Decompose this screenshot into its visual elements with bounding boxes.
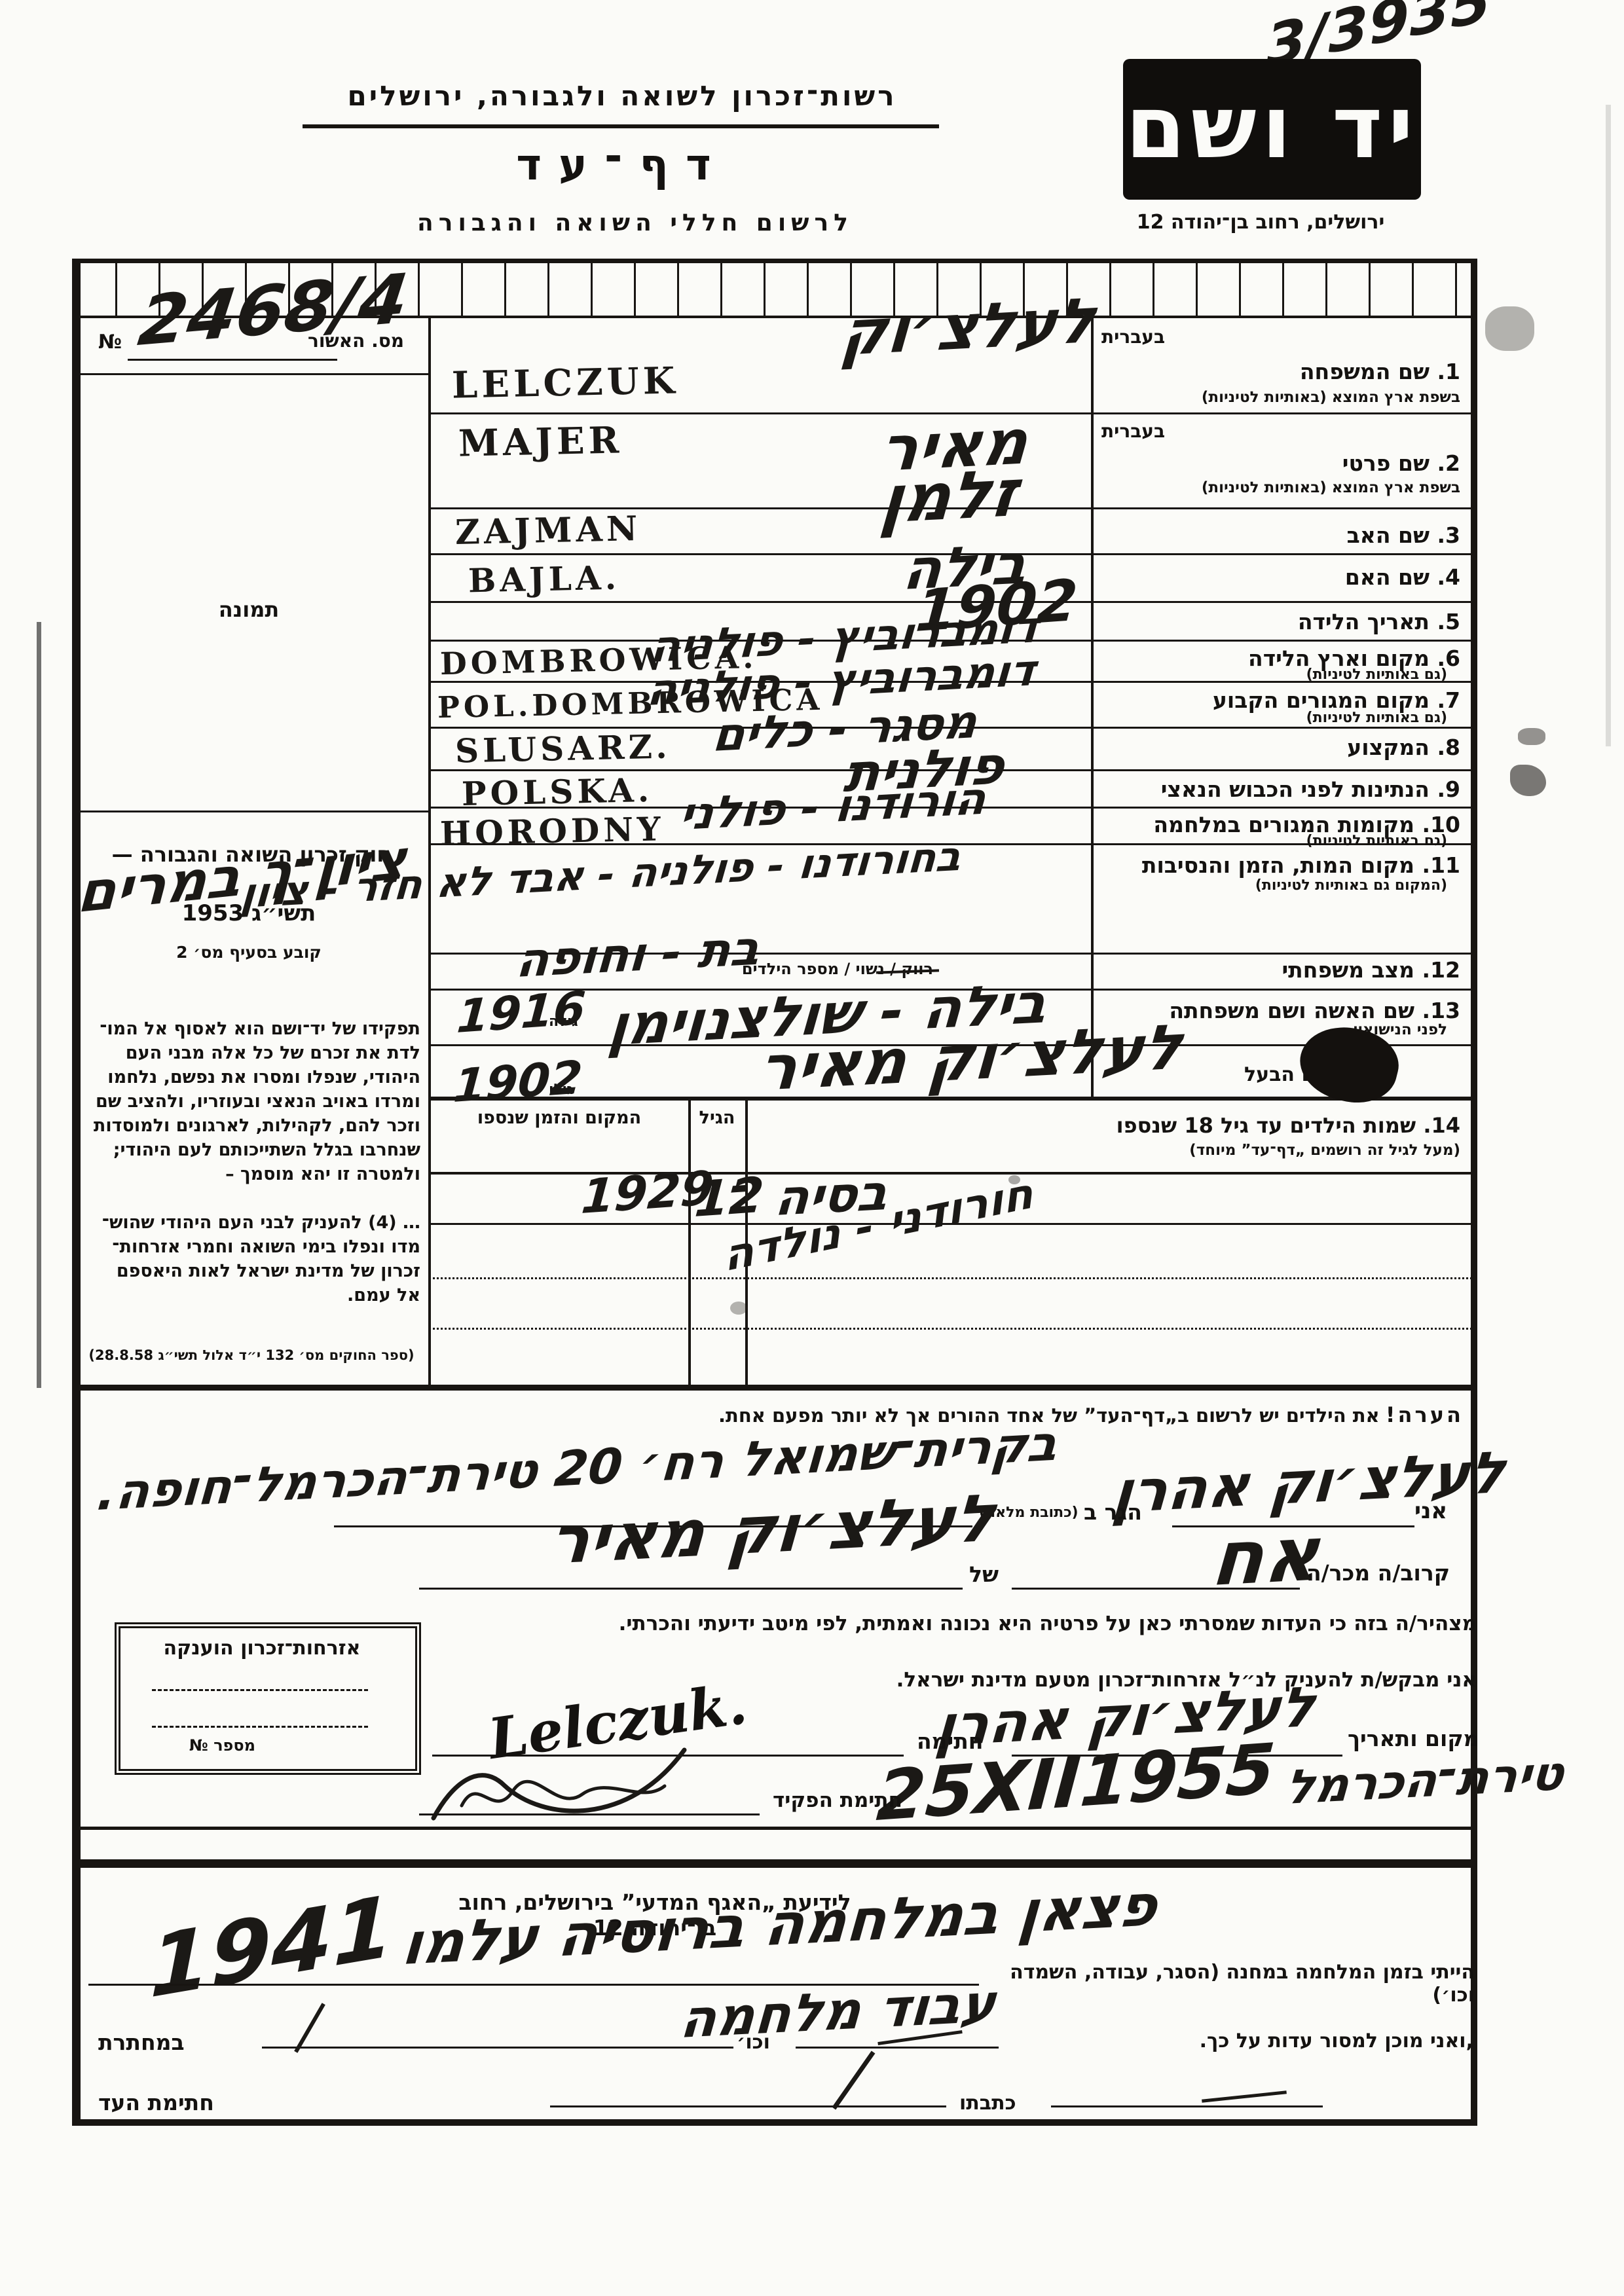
logo-text: יד ושם <box>1123 59 1421 196</box>
table-row-rule-dotted <box>428 1328 1477 1330</box>
law-line: מדו ונפלו בימי השואה וחמרי אזרחות־ <box>85 1235 420 1259</box>
field-9-label: 9. הנתינות לפני הכבוש הנאצי <box>1094 776 1460 802</box>
witness-signature-blank <box>550 2105 946 2107</box>
yad-vashem-logo: יד ושם <box>1123 59 1421 200</box>
war-camp-line: הייתי בזמן המלחמה במחנה (הסגר, עבודה, הש… <box>982 1961 1475 2007</box>
field-4-label: 4. שם האם <box>1094 564 1460 590</box>
field-num: 11. <box>1422 852 1460 878</box>
law-line: לדת את זכרם של כל אלה מבני העם <box>85 1041 420 1065</box>
law-line: וזכר להם, לקהילות, לארגונים ולמוסדות <box>85 1114 420 1138</box>
authority-underline <box>303 124 939 128</box>
declaration-residing-label: הגר ב <box>1084 1499 1142 1525</box>
law-footnote: (ספר החוקים מס׳ 132 י״ד אלול תשי״ג 28.8.… <box>77 1347 426 1363</box>
underground-blank <box>262 2047 733 2049</box>
field-2-label: 2. שם פרטי <box>1094 450 1460 476</box>
entry-profession-latin: SLUSARZ. <box>454 727 671 771</box>
witness-address-label: כתבתו <box>959 2092 1016 2115</box>
photo-label: תמונה <box>164 597 334 622</box>
field-text: שמות הילדים עד גיל 18 שנספו <box>1116 1113 1416 1138</box>
field-num: 12. <box>1422 957 1460 983</box>
table-col-divider <box>688 1097 691 1385</box>
field-2-pre: בעברית <box>1101 420 1165 442</box>
table-row-rule-dotted <box>428 1277 1477 1279</box>
field-6-sub: (גם באותיות לטיניות) <box>1094 666 1447 683</box>
field-2-sub: בשפת ארץ המוצא (באותיות לטיניות) <box>1094 479 1460 496</box>
field-num: 1. <box>1437 359 1460 384</box>
field-text: מצב משפחתי <box>1282 957 1414 983</box>
form-title: דף־עד <box>452 139 792 190</box>
underground-label: במחתרת <box>98 2030 185 2055</box>
scan-speck <box>1518 728 1545 745</box>
law-line: שנחרבו בגלל השתייכותם לעם היהודי; <box>85 1138 420 1162</box>
law-line: היהודי, שנפלו ומסרו את נפשם, נלחמו <box>85 1065 420 1089</box>
entry-war-residence-latin: HORODNY <box>439 809 665 852</box>
scan-speck <box>1008 1175 1020 1184</box>
declaration-statement: מצהיר/ה בזה כי העדות שמסרתי כאן על פרטיה… <box>478 1612 1477 1635</box>
approval-band-rule <box>72 373 430 375</box>
citizenship-number-label: מספר № <box>138 1736 255 1755</box>
entry-father-hebrew: זלמן <box>877 454 1021 538</box>
field-11-sub: (המקום גם באותיות לטיניות) <box>1094 877 1447 894</box>
relation-label: קרוב/ה מכר/ה <box>1306 1560 1450 1586</box>
of-blank <box>419 1588 963 1590</box>
her-age-hw: 1916 <box>455 981 587 1044</box>
law-line: תפקידו של יד־ושם הוא לאסוף אל המו־ <box>85 1017 420 1041</box>
field-text: שם האב <box>1347 522 1430 548</box>
field-num: 4. <box>1437 564 1460 590</box>
war-year-hw: 1941 <box>149 1877 394 2018</box>
form-subtitle: לרשום חללי השואה והגבורה <box>367 210 904 236</box>
children-col-age: הגיל <box>690 1108 745 1128</box>
left-column-divider <box>428 318 431 1386</box>
authority-title: רשות־זכרון לשואה ולגבורה, ירושלים <box>301 80 943 112</box>
citizenship-box-line <box>152 1726 368 1728</box>
etc-blank <box>796 2047 999 2049</box>
field-10-sub: (גם באותיות לטיניות) <box>1094 833 1447 849</box>
scan-speck <box>730 1302 747 1315</box>
scan-edge-streak <box>1606 105 1611 746</box>
field-text: המקצוע <box>1347 735 1430 760</box>
children-col-place: המקום והזמן שנספו <box>432 1108 686 1128</box>
field-text: תאריך הלידה <box>1298 609 1430 634</box>
entry-war-residence-hebrew: הורודנו - פולני <box>678 773 988 841</box>
scan-speck <box>1510 765 1546 796</box>
field-text: שם האם <box>1345 564 1430 590</box>
field-1-pre: בעברית <box>1101 326 1165 348</box>
law-line: ולמטרה זו יהא מוסמך – <box>85 1162 420 1186</box>
field-text: הנתינות לפני הכבוש הנאצי <box>1161 776 1430 802</box>
scan-edge-streak <box>37 622 41 1388</box>
witness-address-blank <box>1051 2105 1323 2107</box>
entry-citizenship-latin: POLSKA. <box>461 771 653 813</box>
field-num: 9. <box>1437 776 1460 802</box>
relation-blank <box>1012 1588 1300 1590</box>
his-age-hw: 1902 <box>452 1051 584 1113</box>
field-1-sub: בשפת ארץ המוצא (באותיות לטיניות) <box>1094 389 1460 406</box>
approval-label: מס. האשור <box>308 330 404 352</box>
law-line: אל עמם. <box>85 1283 420 1307</box>
field-text: מקום המות, הזמן והנסיבות <box>1142 852 1414 878</box>
field-num: 3. <box>1437 522 1460 548</box>
law-line <box>85 1186 420 1211</box>
frame-left-border <box>72 259 81 1864</box>
photo-box-bottom-rule <box>72 811 430 812</box>
entry-firstname-latin: MAJER <box>458 418 623 465</box>
section-rule-heavy <box>72 1859 1477 1868</box>
bottom-bottom-border <box>72 2119 1477 2126</box>
field-14-label: 14. שמות הילדים עד גיל 18 שנספו <box>1094 1113 1460 1138</box>
law-body: תפקידו של יד־ושם הוא לאסוף אל המו־ לדת א… <box>85 1017 420 1307</box>
field-text: שם האשה ושם משפחתה <box>1169 998 1414 1023</box>
handwritten-slash <box>832 2050 876 2109</box>
entry-mother-latin: BAJLA. <box>468 558 620 600</box>
scanned-testimony-page: 3/3935 רשות־זכרון לשואה ולגבורה, ירושלים… <box>0 0 1624 2296</box>
field-text: שם פרטי <box>1342 450 1430 476</box>
scan-speck <box>1485 306 1534 351</box>
field-num: 13. <box>1422 998 1460 1023</box>
bottom-left-border <box>72 1861 81 2126</box>
no-symbol: № <box>189 1736 208 1755</box>
row-rule-heavy <box>428 1097 1477 1101</box>
place-date-label: מקום ותאריך <box>1348 1726 1479 1751</box>
field-5-label: 5. תאריך הלידה <box>1094 609 1460 634</box>
field-7-sub: (גם באותיות לטיניות) <box>1094 710 1447 726</box>
field-1-label: 1. שם המשפחה <box>1094 359 1460 384</box>
note-title: הערה! <box>1386 1402 1464 1427</box>
law-line: … (4) להעניק לבני העם היהודי שהוש־ <box>85 1211 420 1235</box>
field-3-label: 3. שם האב <box>1094 522 1460 548</box>
header-address: ירושלים, רחוב בן־יהודה 12 <box>1074 211 1447 234</box>
section-rule-thin <box>72 1827 1477 1830</box>
field-14-sub: (מעל לגיל זה רושמים „דף־עד” מיוחד) <box>1094 1142 1460 1159</box>
entry-surname-hebrew: לעלצ׳וק <box>838 285 1098 370</box>
frame-top-rule <box>72 259 1477 263</box>
table-bottom-rule <box>72 1385 1477 1391</box>
child-age: 12 <box>693 1166 766 1228</box>
etc-label: וכו׳ <box>737 2031 770 2054</box>
field-num: 14. <box>1423 1113 1460 1138</box>
handwritten-slash <box>294 2003 325 2053</box>
witness-signature-label: חתימת העד <box>98 2090 214 2115</box>
clerk-signature-label: חתימת הפקיד <box>773 1789 902 1812</box>
of-label: של <box>969 1561 999 1587</box>
ready-to-testify: ,ואני מוכן למסור עדות על כך. <box>1198 2030 1473 2052</box>
field-num: 2. <box>1437 450 1460 476</box>
field-8-label: 8. המקצוע <box>1094 735 1460 760</box>
handwritten-dash <box>1202 2090 1287 2103</box>
field-11-label: 11. מקום המות, הזמן והנסיבות <box>1094 852 1460 878</box>
field-num: 8. <box>1437 735 1460 760</box>
law-line: ומרדו באויב הנאצי ובעוזריו, ולהציב שם <box>85 1089 420 1114</box>
law-line: זכרון של מדינת ישראל לאות היאספם <box>85 1259 420 1283</box>
citizenship-box-line <box>152 1689 368 1691</box>
field-12-label: 12. מצב משפחתי <box>1094 957 1460 983</box>
approval-no-symbol: № <box>98 331 122 354</box>
number-label-text: מספר <box>213 1736 255 1755</box>
entry-father-latin: ZAJMAN <box>454 509 642 553</box>
field-num: 5. <box>1437 609 1460 634</box>
field-text: שם המשפחה <box>1300 359 1430 384</box>
law-clause: קובע בסעיף מס׳ 2 <box>118 943 380 962</box>
entry-surname-latin: LELCZUK <box>451 359 679 407</box>
citizenship-box-title: אזרחות־זכרון הוענקה <box>118 1637 406 1660</box>
clerk-signature-scribble <box>458 1766 668 1822</box>
